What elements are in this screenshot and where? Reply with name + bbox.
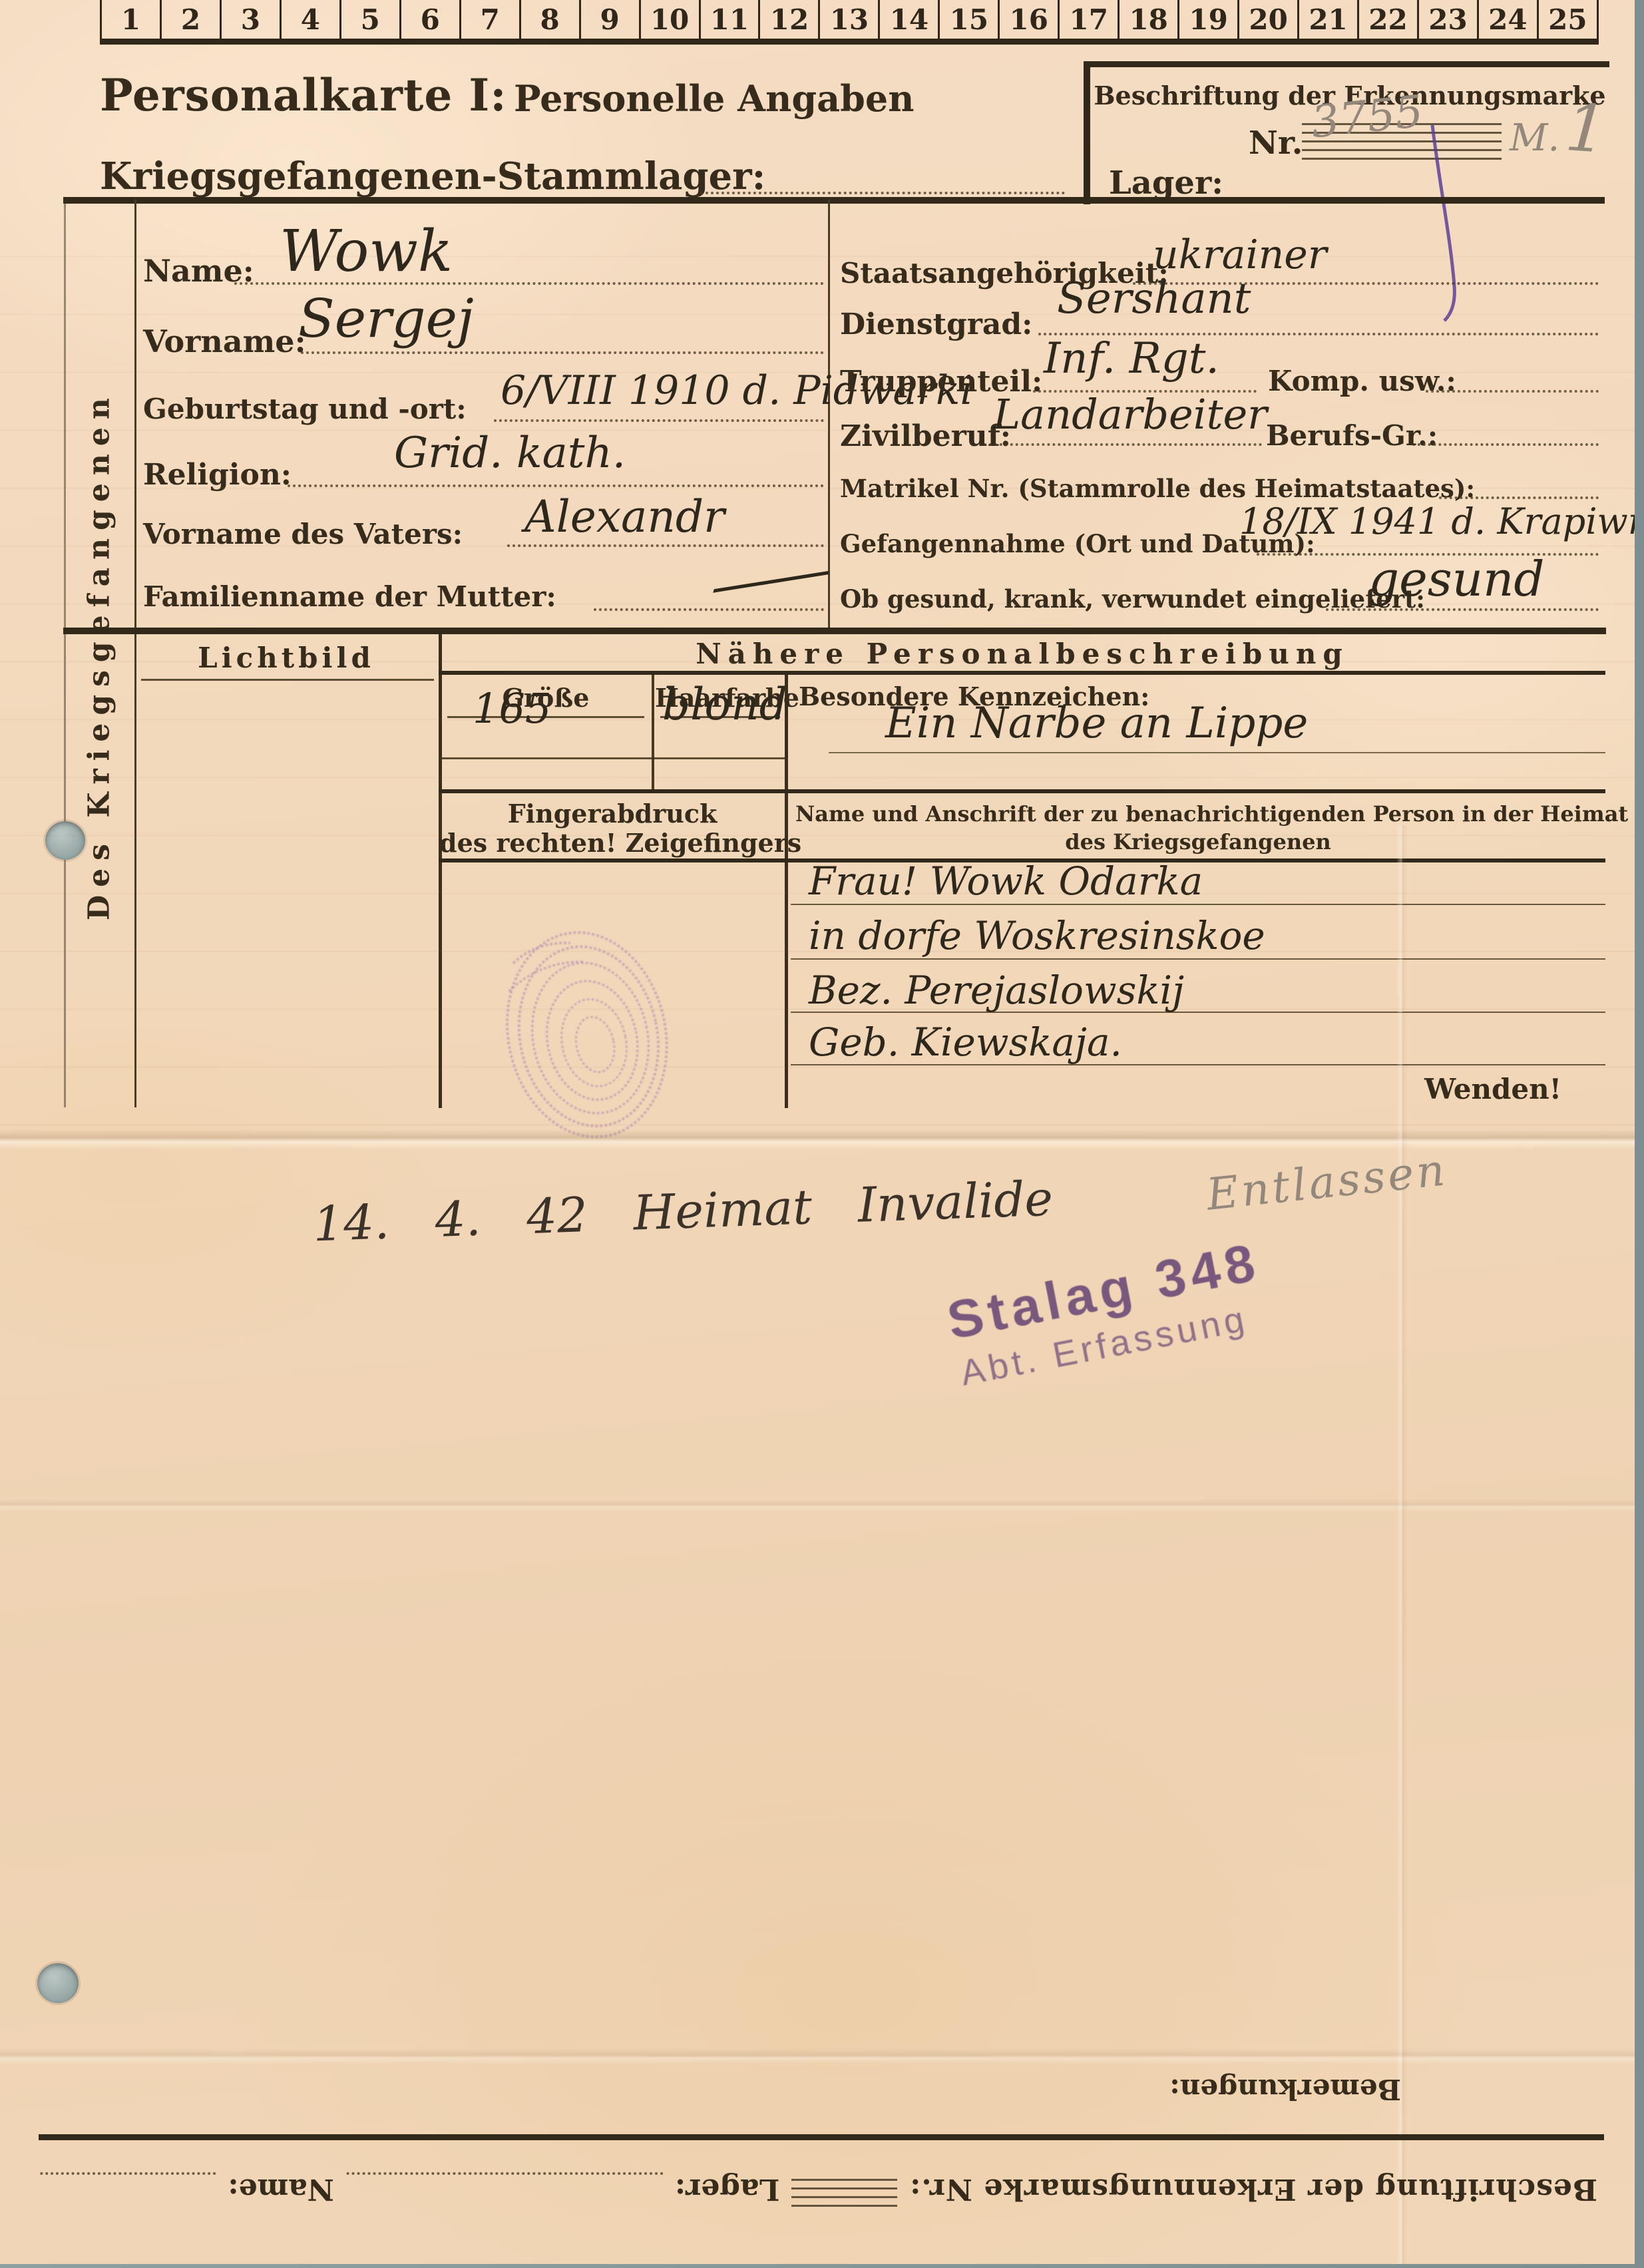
field-value-name: Wowk <box>280 218 453 285</box>
punch-hole-top <box>45 821 85 860</box>
photo-box-underline <box>141 679 434 681</box>
field-value-religion: Grid. kath. <box>394 429 626 478</box>
contact-line-1: Frau! Wowk Odarka <box>809 858 1203 904</box>
marks-ruled-line <box>829 752 1605 753</box>
photo-box-label: Lichtbild <box>136 642 436 674</box>
field-label-berufsgr: Berufs-Gr.: <box>1266 419 1438 452</box>
vertical-crease <box>1396 825 1407 2264</box>
reverse-tag-label: Beschriftung der Erkennungsmarke Nr.: <box>909 2172 1597 2206</box>
field-label-vorname: Vorname: <box>143 323 306 359</box>
field-value-gesund: gesund <box>1368 551 1544 607</box>
number-cell: 14 <box>878 0 938 39</box>
turn-note: Wenden! <box>1424 1073 1561 1105</box>
field-label-dienstgrad: Dienstgrad: <box>840 307 1032 341</box>
number-strip: 1234567891011121314151617181920212223242… <box>100 0 1599 45</box>
field-label-geburtstag: Geburtstag und -ort: <box>143 393 467 425</box>
tag-nr-mark: 1 <box>1563 90 1609 168</box>
number-cell: 15 <box>938 0 998 39</box>
release-note: 14. 4. 42 Heimat Invalide <box>312 1171 1054 1252</box>
reverse-name-label: Name: <box>228 2172 334 2206</box>
number-cell: 17 <box>1058 0 1118 39</box>
reverse-tag-row: Beschriftung der Erkennungsmarke Nr.: La… <box>40 2172 1597 2207</box>
number-cell: 11 <box>699 0 759 39</box>
contact-title-line2: des Kriegsgefangenen <box>795 829 1601 854</box>
field-label-matrikel: Matrikel Nr. (Stammrolle des Heimatstaat… <box>840 474 1475 503</box>
tag-nr-label: Nr. <box>1249 124 1303 162</box>
number-cell: 13 <box>818 0 878 39</box>
reverse-separator <box>39 2134 1604 2140</box>
number-cell: 6 <box>399 0 459 39</box>
tag-lager-label: Lager: <box>1109 164 1223 202</box>
fingerprint-header-top-line <box>439 789 1605 793</box>
field-value-truppenteil: Inf. Rgt. <box>1044 334 1219 383</box>
fingerprint-title-line1: Fingerabdruck <box>439 799 785 829</box>
field-label-vater: Vorname des Vaters: <box>143 518 463 550</box>
pencil-note: Entlassen <box>1204 1144 1450 1221</box>
fold-crease-3 <box>0 2048 1635 2064</box>
number-cell: 8 <box>519 0 579 39</box>
number-cell: 22 <box>1357 0 1417 39</box>
field-label-zivilberuf: Zivilberuf: <box>840 419 1011 453</box>
field-line-komp <box>1426 390 1599 393</box>
number-cell: 18 <box>1118 0 1177 39</box>
height-hair-bottom-line <box>439 757 785 759</box>
camp-stamp: Stalag 348 Abt. Erfassung <box>942 1210 1380 1394</box>
contact-ruled-line-2 <box>791 958 1605 960</box>
contact-ruled-line-1 <box>791 904 1605 905</box>
description-title-underline <box>439 671 1605 675</box>
description-title: Nähere Personalbeschreibung <box>439 638 1605 670</box>
field-value-vorname: Sergej <box>298 287 474 349</box>
field-value-vater: Alexandr <box>524 491 725 542</box>
number-cell: 21 <box>1297 0 1357 39</box>
pow-card-page: 1234567891011121314151617181920212223242… <box>0 0 1635 2264</box>
field-line-vorname <box>301 351 824 354</box>
punch-hole-bottom <box>37 1963 79 2003</box>
number-cell: 9 <box>579 0 639 39</box>
field-label-mutter: Familienname der Mutter: <box>143 580 556 613</box>
reverse-ruled-lines <box>791 2172 897 2207</box>
fingerprint-image <box>489 922 696 1141</box>
reverse-remarks-label: Bemerkungen: <box>1169 2073 1401 2106</box>
number-cell: 2 <box>160 0 220 39</box>
hair-value: blond <box>662 679 787 730</box>
number-cell: 25 <box>1537 0 1599 39</box>
scanned-document: 1234567891011121314151617181920212223242… <box>0 0 1644 2268</box>
reverse-lager-dotted <box>346 2172 663 2204</box>
fold-crease-1 <box>0 1129 1635 1149</box>
field-value-gefangennahme: 18/IX 1941 d. Krapiwnoe <box>1239 500 1635 542</box>
reverse-lager-label: Lager: <box>675 2172 780 2206</box>
number-cell: 20 <box>1237 0 1297 39</box>
height-value: 165 <box>473 684 551 733</box>
field-value-dienstgrad: Sershant <box>1057 274 1251 323</box>
camp-dotted-line <box>700 192 1065 194</box>
reverse-footer: Bemerkungen: Beschriftung der Erkennungs… <box>0 2063 1635 2264</box>
field-line-berufsgr <box>1412 443 1599 446</box>
number-cell: 3 <box>220 0 280 39</box>
field-line-matrikel <box>1439 496 1599 499</box>
field-value-mutter: — <box>702 537 838 618</box>
camp-label: Kriegsgefangenen-Stammlager: <box>100 154 765 198</box>
field-label-religion: Religion: <box>143 458 292 492</box>
reverse-name-dotted <box>40 2172 216 2204</box>
card-subtitle: Personelle Angaben <box>514 77 914 120</box>
marks-value: Ein Narbe an Lippe <box>885 699 1308 748</box>
field-line-mutter <box>594 608 824 611</box>
contact-line-3: Bez. Perejaslowskij <box>809 968 1184 1013</box>
field-value-zivilberuf: Landarbeiter <box>993 390 1267 439</box>
number-cell: 10 <box>639 0 699 39</box>
contact-title-line1: Name und Anschrift der zu benachrichtige… <box>795 801 1601 827</box>
contact-line-2: in dorfe Woskresinskoe <box>809 913 1265 958</box>
field-line-zivilberuf <box>984 443 1262 446</box>
fold-crease-2 <box>0 1499 1635 1512</box>
card-title: Personalkarte I: <box>100 69 507 121</box>
number-cell: 4 <box>280 0 339 39</box>
number-cell: 1 <box>100 0 160 39</box>
contact-line-4: Geb. Kiewskaja. <box>809 1020 1122 1065</box>
number-cell: 5 <box>339 0 399 39</box>
number-cell: 23 <box>1417 0 1477 39</box>
number-cell: 19 <box>1177 0 1237 39</box>
marks-column-left-border <box>785 672 788 1108</box>
number-cell: 7 <box>459 0 519 39</box>
fingerprint-title-line2: des rechten! Zeigefingers <box>439 828 785 858</box>
tag-nr-suffix: M. <box>1510 116 1559 160</box>
number-cell: 24 <box>1477 0 1537 39</box>
number-cell: 12 <box>758 0 818 39</box>
number-cell: 16 <box>998 0 1058 39</box>
field-line-geburtstag <box>494 419 824 422</box>
table-top-separator <box>63 628 1606 634</box>
field-value-staats: ukrainer <box>1153 232 1327 278</box>
field-line-gesund <box>1326 608 1599 611</box>
field-line-religion <box>288 484 824 487</box>
header-separator <box>63 197 1605 204</box>
tag-box: Beschriftung der Erkennungsmarke Nr. 375… <box>1084 61 1609 204</box>
